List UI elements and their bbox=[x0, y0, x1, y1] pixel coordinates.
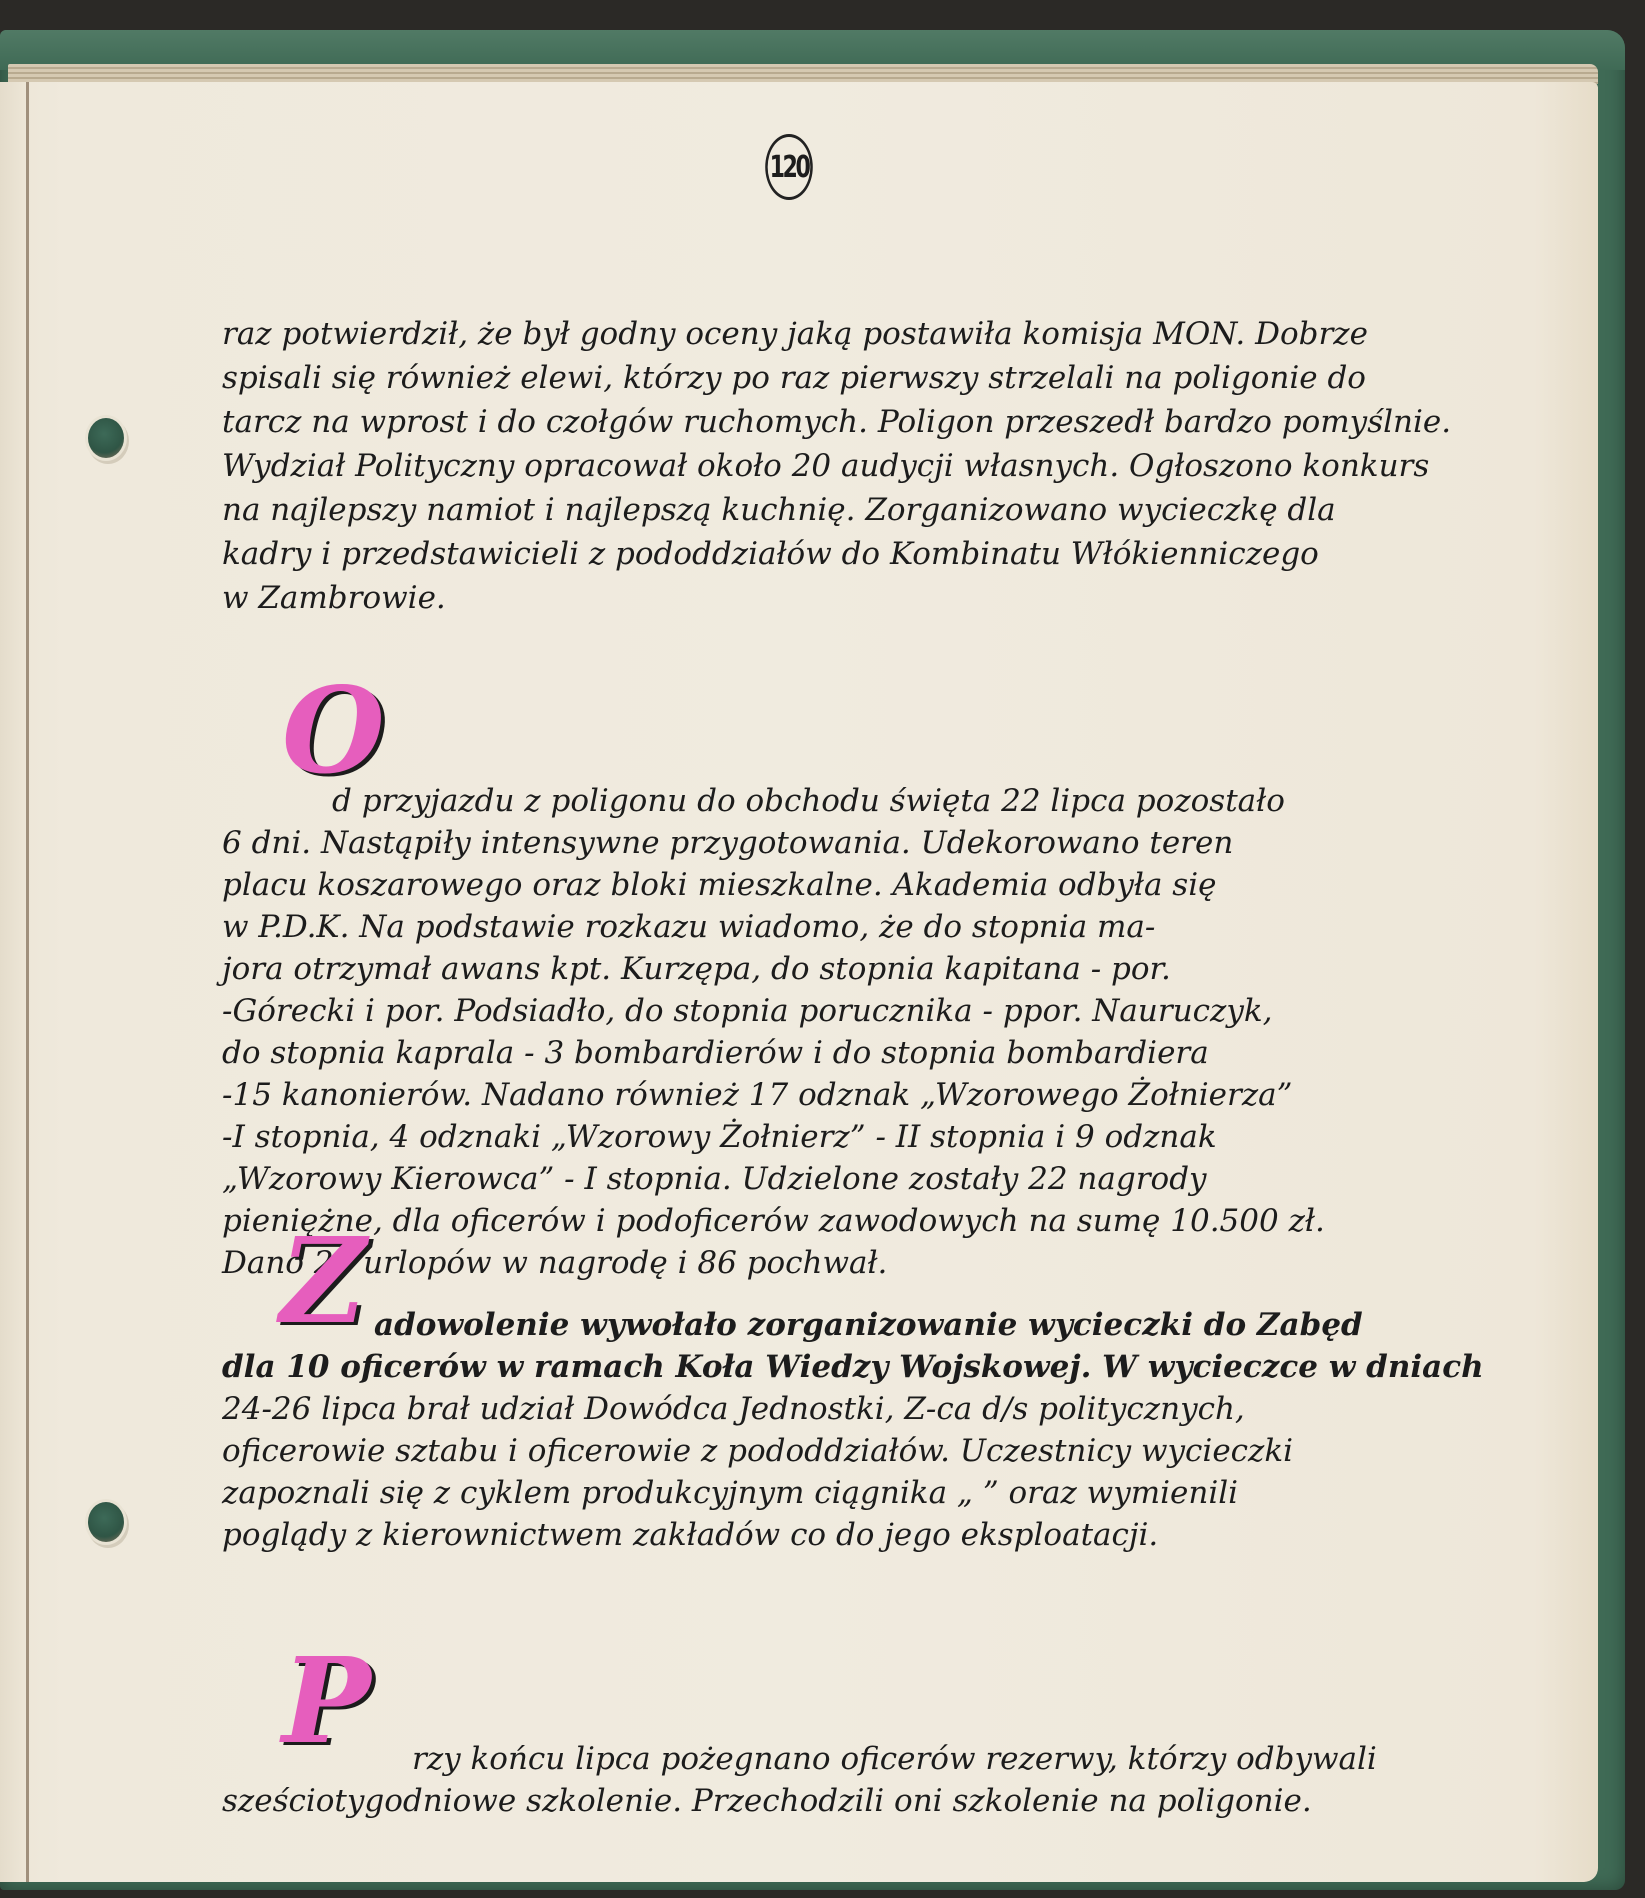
paragraph-4: P rzy końcu lipca pożegnano oficerów rez… bbox=[222, 1642, 1422, 1822]
text-line: kadry i przedstawicieli z pododdziałów d… bbox=[222, 532, 1422, 576]
text-line: adowolenie wywołało zorganizowanie wycie… bbox=[222, 1222, 1422, 1346]
text-line: -15 kanonierów. Nadano również 17 odznak… bbox=[222, 1074, 1422, 1116]
text-line: na najlepszy namiot i najlepszą kuchnię.… bbox=[222, 488, 1422, 532]
text-line: -I stopnia, 4 odznaki „Wzorowy Żołnierz”… bbox=[222, 1116, 1422, 1158]
binding-margin bbox=[0, 82, 26, 1882]
text-line: spisali się również elewi, którzy po raz… bbox=[222, 356, 1422, 400]
text-line: „Wzorowy Kierowca” - I stopnia. Udzielon… bbox=[222, 1158, 1422, 1200]
text-line: jora otrzymał awans kpt. Kurzępa, do sto… bbox=[222, 948, 1422, 990]
punch-hole-icon bbox=[88, 1502, 124, 1542]
text-line: oficerowie sztabu i oficerowie z pododdz… bbox=[222, 1430, 1422, 1472]
text-line: dla 10 oficerów w ramach Koła Wiedzy Woj… bbox=[222, 1346, 1422, 1388]
page-stack-edges bbox=[8, 64, 1598, 84]
text-line: rzy końcu lipca pożegnano oficerów rezer… bbox=[222, 1642, 1422, 1780]
text-line: d przyjazdu z poligonu do obchodu święta… bbox=[222, 692, 1422, 822]
text-line: do stopnia kaprala - 3 bombardierów i do… bbox=[222, 1032, 1422, 1074]
page-number: 120 bbox=[765, 134, 813, 200]
text-line: -Górecki i por. Podsiadło, do stopnia po… bbox=[222, 990, 1422, 1032]
paragraph-1: raz potwierdził, że był godny oceny jaką… bbox=[222, 312, 1422, 620]
text-line: zapoznali się z cyklem produkcyjnym ciąg… bbox=[222, 1472, 1422, 1514]
text-line: poglądy z kierownictwem zakładów co do j… bbox=[222, 1514, 1422, 1556]
text-line: w P.D.K. Na podstawie rozkazu wiadomo, ż… bbox=[222, 906, 1422, 948]
paragraph-2: O d przyjazdu z poligonu do obchodu świę… bbox=[222, 692, 1422, 1284]
dropcap-letter: O bbox=[282, 672, 385, 790]
dropcap-letter: Z bbox=[280, 1222, 366, 1340]
text-line: 24-26 lipca brał udział Dowódca Jednostk… bbox=[222, 1388, 1422, 1430]
text-line: 6 dni. Nastąpiły intensywne przygotowani… bbox=[222, 822, 1422, 864]
text-line: sześciotygodniowe szkolenie. Przechodzil… bbox=[222, 1780, 1422, 1822]
text-line: placu koszarowego oraz bloki mieszkalne.… bbox=[222, 864, 1422, 906]
text-line: tarcz na wprost i do czołgów ruchomych. … bbox=[222, 400, 1422, 444]
punch-hole-icon bbox=[88, 418, 124, 458]
paragraph-3: Z adowolenie wywołało zorganizowanie wyc… bbox=[222, 1222, 1422, 1556]
text-line: Wydział Polityczny opracował około 20 au… bbox=[222, 444, 1422, 488]
document-page: 120 raz potwierdził, że był godny oceny … bbox=[0, 82, 1598, 1882]
text-line: w Zambrowie. bbox=[222, 576, 1422, 620]
text-line: raz potwierdził, że był godny oceny jaką… bbox=[222, 312, 1422, 356]
dropcap-letter: P bbox=[282, 1642, 371, 1760]
binding-fold-line bbox=[26, 82, 29, 1882]
